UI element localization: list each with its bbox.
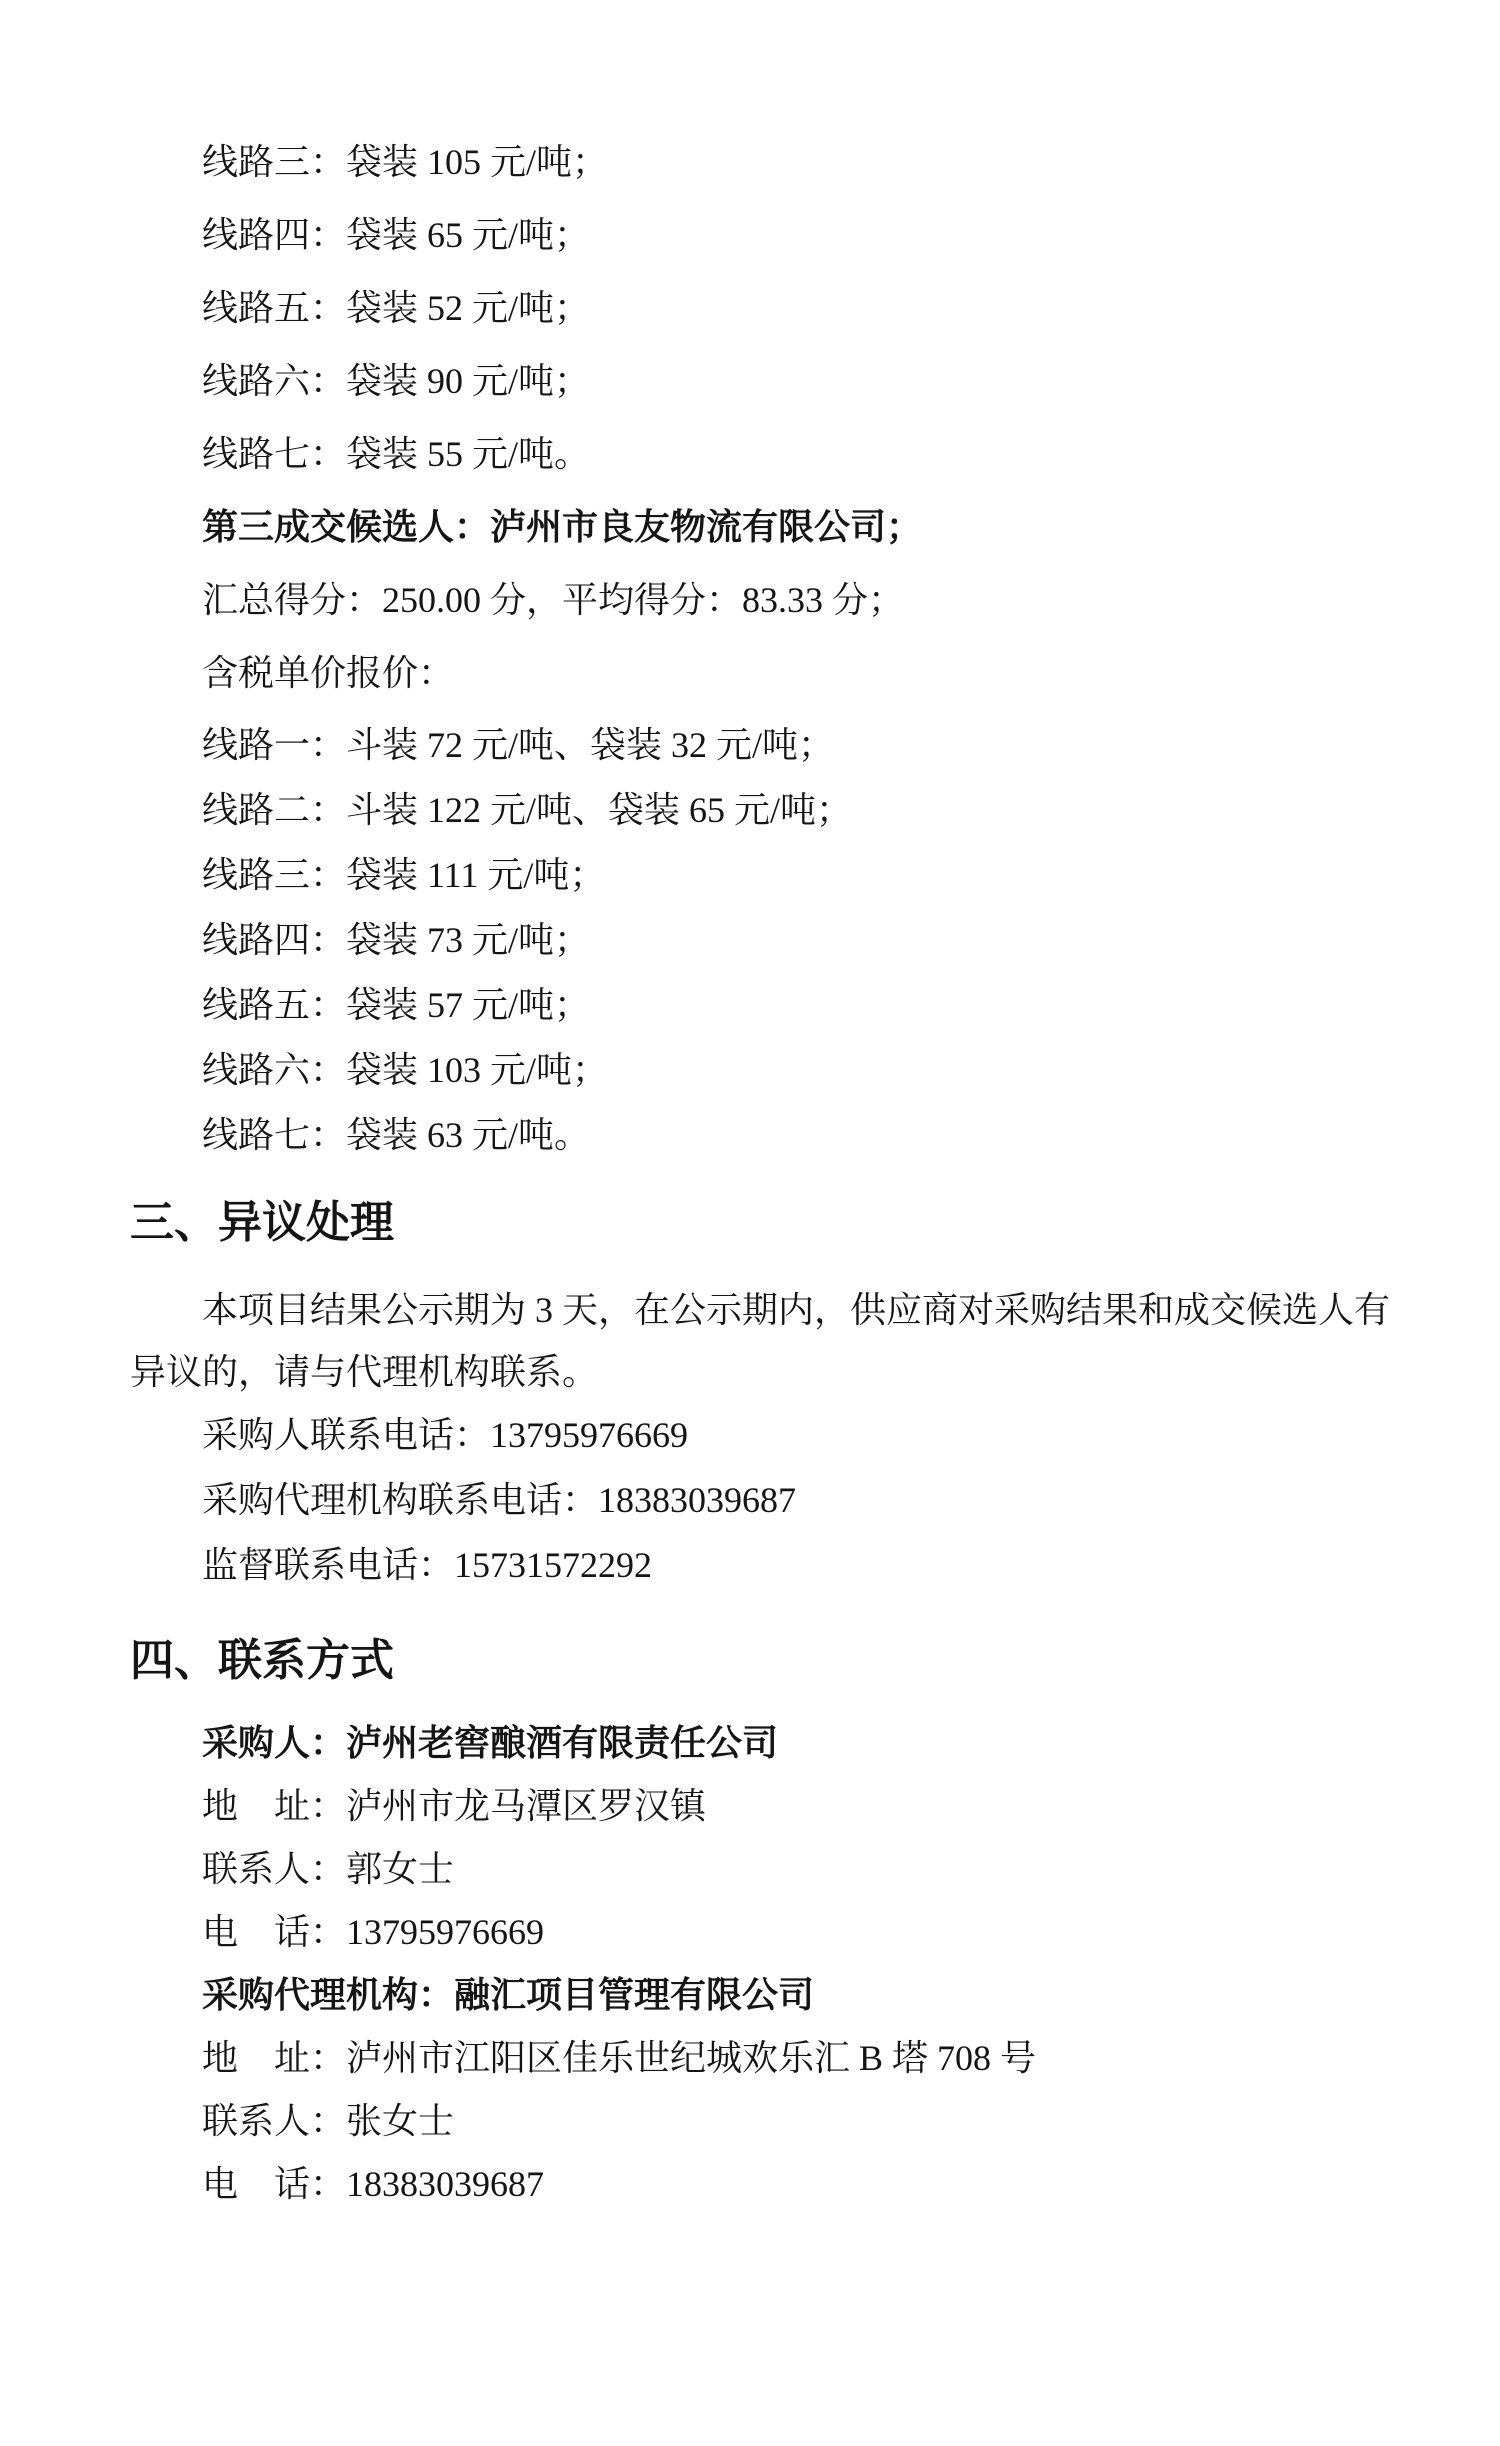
route-price-line: 线路七：袋装 63 元/吨。	[130, 1103, 1372, 1168]
section-contact-info: 四、联系方式 采购人：泸州老窖酿酒有限责任公司 地 址：泸州市龙马潭区罗汉镇 联…	[130, 1631, 1372, 2216]
route-price-line: 线路三：袋装 105 元/吨；	[130, 126, 1372, 199]
agency-contact-person: 联系人：张女士	[130, 2090, 1372, 2153]
phone-line: 采购代理机构联系电话：18383039687	[130, 1468, 1372, 1533]
route-price-line: 线路二：斗装 122 元/吨、袋装 65 元/吨；	[130, 778, 1372, 843]
route-price-line: 线路七：袋装 55 元/吨。	[130, 418, 1372, 491]
route-price-line: 线路六：袋装 90 元/吨；	[130, 345, 1372, 418]
purchaser-contact-person: 联系人：郭女士	[130, 1838, 1372, 1901]
section-candidate-prices: 线路三：袋装 105 元/吨； 线路四：袋装 65 元/吨； 线路五：袋装 52…	[130, 126, 1372, 1168]
section-heading: 四、联系方式	[130, 1631, 1372, 1691]
route-price-line: 线路一：斗装 72 元/吨、袋装 32 元/吨；	[130, 713, 1372, 778]
route-price-line: 线路五：袋装 52 元/吨；	[130, 272, 1372, 345]
route-price-line: 线路三：袋装 111 元/吨；	[130, 843, 1372, 908]
quote-label: 含税单价报价：	[130, 637, 1372, 710]
purchaser-address: 地 址：泸州市龙马潭区罗汉镇	[130, 1775, 1372, 1838]
contact-list: 采购人：泸州老窖酿酒有限责任公司 地 址：泸州市龙马潭区罗汉镇 联系人：郭女士 …	[130, 1712, 1372, 2216]
objection-paragraph: 本项目结果公示期为 3 天，在公示期内，供应商对采购结果和成交候选人有 异议的，…	[130, 1279, 1372, 1403]
paragraph-line: 本项目结果公示期为 3 天，在公示期内，供应商对采购结果和成交候选人有	[130, 1279, 1372, 1341]
route-price-line: 线路四：袋装 65 元/吨；	[130, 199, 1372, 272]
purchaser-title: 采购人：泸州老窖酿酒有限责任公司	[130, 1712, 1372, 1775]
purchaser-phone: 电 话：13795976669	[130, 1901, 1372, 1964]
agency-phone: 电 话：18383039687	[130, 2153, 1372, 2216]
route-price-line: 线路四：袋装 73 元/吨；	[130, 908, 1372, 973]
paragraph-line: 异议的，请与代理机构联系。	[130, 1341, 1372, 1403]
document-content: 线路三：袋装 105 元/吨； 线路四：袋装 65 元/吨； 线路五：袋装 52…	[0, 0, 1500, 2216]
candidate-title: 第三成交候选人：泸州市良友物流有限公司；	[130, 491, 1372, 564]
section-heading: 三、异议处理	[130, 1193, 1372, 1253]
score-line: 汇总得分：250.00 分，平均得分：83.33 分；	[130, 564, 1372, 637]
section-objection-handling: 三、异议处理 本项目结果公示期为 3 天，在公示期内，供应商对采购结果和成交候选…	[130, 1193, 1372, 1598]
candidate3-quote-list: 线路一：斗装 72 元/吨、袋装 32 元/吨； 线路二：斗装 122 元/吨、…	[130, 713, 1372, 1168]
route-price-line: 线路六：袋装 103 元/吨；	[130, 1038, 1372, 1103]
objection-phone-list: 采购人联系电话：13795976669 采购代理机构联系电话：183830396…	[130, 1403, 1372, 1598]
agency-address: 地 址：泸州市江阳区佳乐世纪城欢乐汇 B 塔 708 号	[130, 2027, 1372, 2090]
agency-title: 采购代理机构：融汇项目管理有限公司	[130, 1964, 1372, 2027]
phone-line: 采购人联系电话：13795976669	[130, 1403, 1372, 1468]
document-page: 线路三：袋装 105 元/吨； 线路四：袋装 65 元/吨； 线路五：袋装 52…	[0, 0, 1500, 2446]
route-price-line: 线路五：袋装 57 元/吨；	[130, 973, 1372, 1038]
phone-line: 监督联系电话：15731572292	[130, 1533, 1372, 1598]
